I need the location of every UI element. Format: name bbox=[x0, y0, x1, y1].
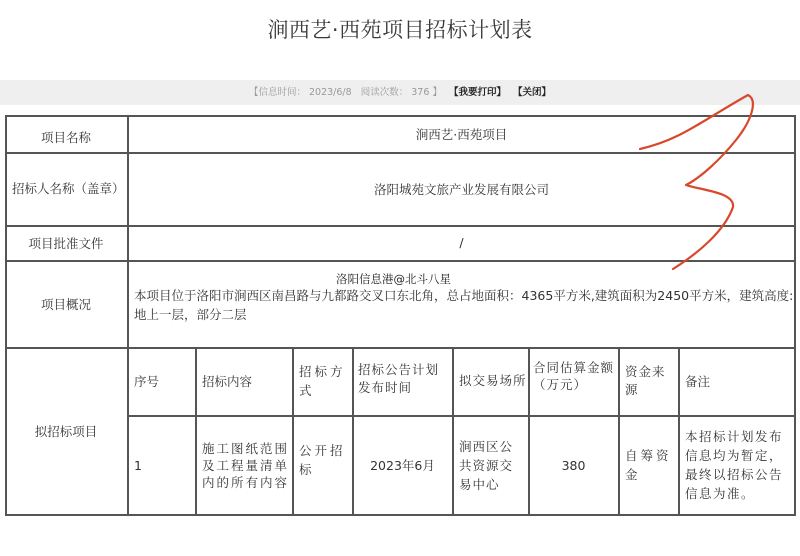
planned-items-label: 拟招标项目 bbox=[5, 347, 127, 515]
header-method: 招标方式 bbox=[299, 347, 351, 415]
read-count-label: 阅读次数： bbox=[361, 87, 409, 98]
info-time-label: 【信息时间： bbox=[249, 87, 306, 98]
header-no: 序号 bbox=[134, 347, 194, 415]
project-name-value: 涧西艺·西苑项目 bbox=[128, 115, 795, 152]
column-divider bbox=[678, 347, 680, 516]
header-publish-time: 招标公告计划发布时间 bbox=[358, 347, 450, 411]
overview-value: 本项目位于洛阳市涧西区南昌路与九都路交叉口东北角，总占地面积：4365平方米,建… bbox=[134, 286, 794, 324]
page-title: 涧西艺·西苑项目招标计划表 bbox=[0, 14, 800, 44]
cell-fund-source: 自筹资金 bbox=[625, 415, 677, 515]
read-count-value: 376 bbox=[411, 87, 429, 98]
cell-publish-time: 2023年6月 bbox=[353, 415, 452, 515]
project-name-label: 项目名称 bbox=[5, 122, 127, 152]
tenderer-label: 招标人名称（盖章） bbox=[12, 160, 122, 218]
info-bar: 【信息时间： 2023/6/8 阅读次数： 376 】 【我要打印】 【关闭】 bbox=[0, 80, 800, 105]
overview-label: 项目概况 bbox=[5, 260, 127, 347]
print-link[interactable]: 【我要打印】 bbox=[449, 87, 506, 98]
column-divider bbox=[618, 347, 620, 516]
watermark: 洛阳信息港@北斗八星 bbox=[336, 271, 451, 287]
cell-remark: 本招标计划发布信息均为暂定，最终以招标公告信息为准。 bbox=[685, 415, 793, 515]
tenderer-value: 洛阳城苑文旅产业发展有限公司 bbox=[128, 152, 795, 225]
header-content: 招标内容 bbox=[202, 347, 290, 415]
close-link[interactable]: 【关闭】 bbox=[513, 87, 551, 98]
info-time-value: 2023/6/8 bbox=[309, 87, 352, 98]
header-fund-source: 资金来源 bbox=[625, 347, 677, 415]
cell-venue: 涧西区公共资源交易中心 bbox=[459, 415, 525, 515]
cell-content: 施工图纸范围及工程量清单内的所有内容 bbox=[202, 415, 290, 515]
cell-method: 公开招标 bbox=[299, 415, 351, 505]
approval-doc-value: / bbox=[128, 225, 795, 260]
info-close-bracket: 】 bbox=[432, 87, 442, 98]
cell-no: 1 bbox=[134, 415, 194, 515]
cell-amount: 380 bbox=[529, 415, 618, 515]
column-divider bbox=[292, 347, 294, 516]
column-divider bbox=[452, 347, 454, 516]
header-remark: 备注 bbox=[685, 347, 793, 415]
column-divider bbox=[195, 347, 197, 516]
header-venue: 拟交易场所 bbox=[459, 347, 527, 415]
header-amount: 合同估算金额（万元） bbox=[533, 347, 615, 405]
approval-doc-label: 项目批准文件 bbox=[5, 225, 127, 260]
